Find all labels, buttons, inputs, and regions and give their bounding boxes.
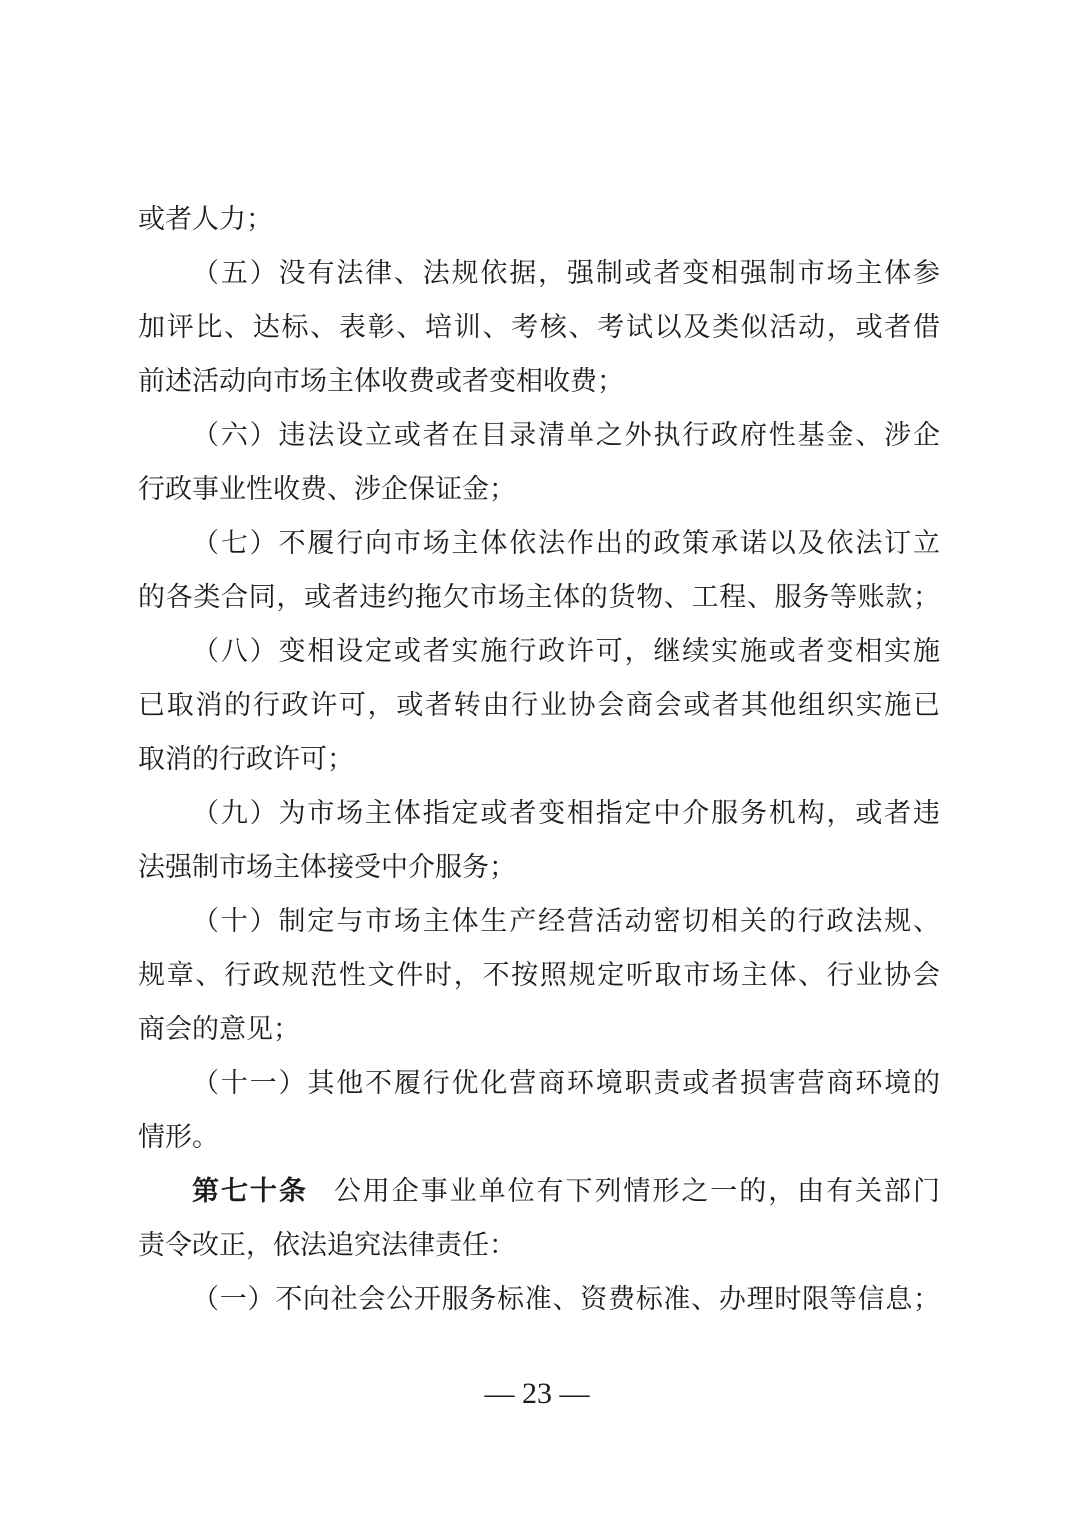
text-line: 的各类合同，或者违约拖欠市场主体的货物、工程、服务等账款； [138, 570, 940, 624]
article-number: 第七十条 [192, 1176, 308, 1206]
text-line: （六）违法设立或者在目录清单之外执行政府性基金、涉企 [138, 408, 940, 462]
text-line: 责令改正，依法追究法律责任： [138, 1218, 940, 1272]
text-line: 前述活动向市场主体收费或者变相收费； [138, 354, 940, 408]
text-line: 法强制市场主体接受中介服务； [138, 840, 940, 894]
text-line: （八）变相设定或者实施行政许可，继续实施或者变相实施 [138, 624, 940, 678]
text-line: 行政事业性收费、涉企保证金； [138, 462, 940, 516]
footer: — 23 — [0, 1372, 1074, 1416]
text-line: （一）不向社会公开服务标准、资费标准、办理时限等信息； [138, 1272, 940, 1326]
text-line: 取消的行政许可； [138, 732, 940, 786]
text-line: 加评比、达标、表彰、培训、考核、考试以及类似活动，或者借 [138, 300, 940, 354]
text-line: 情形。 [138, 1110, 940, 1164]
text-line: 商会的意见； [138, 1002, 940, 1056]
text-line: 已取消的行政许可，或者转由行业协会商会或者其他组织实施已 [138, 678, 940, 732]
text-line: （七）不履行向市场主体依法作出的政策承诺以及依法订立 [138, 516, 940, 570]
text-line: 或者人力； [138, 192, 940, 246]
text-line: （五）没有法律、法规依据，强制或者变相强制市场主体参 [138, 246, 940, 300]
page-number: — 23 — [485, 1377, 590, 1410]
text-line: 第七十条公用企事业单位有下列情形之一的，由有关部门 [138, 1164, 940, 1218]
text-line: （九）为市场主体指定或者变相指定中介服务机构，或者违 [138, 786, 940, 840]
article-title-text: 公用企事业单位有下列情形之一的，由有关部门 [334, 1176, 940, 1206]
document-body: 或者人力； （五）没有法律、法规依据，强制或者变相强制市场主体参 加评比、达标、… [138, 192, 940, 1326]
document-page: 或者人力； （五）没有法律、法规依据，强制或者变相强制市场主体参 加评比、达标、… [0, 0, 1074, 1520]
text-line: （十一）其他不履行优化营商环境职责或者损害营商环境的 [138, 1056, 940, 1110]
text-line: 规章、行政规范性文件时，不按照规定听取市场主体、行业协会 [138, 948, 940, 1002]
text-line: （十）制定与市场主体生产经营活动密切相关的行政法规、 [138, 894, 940, 948]
